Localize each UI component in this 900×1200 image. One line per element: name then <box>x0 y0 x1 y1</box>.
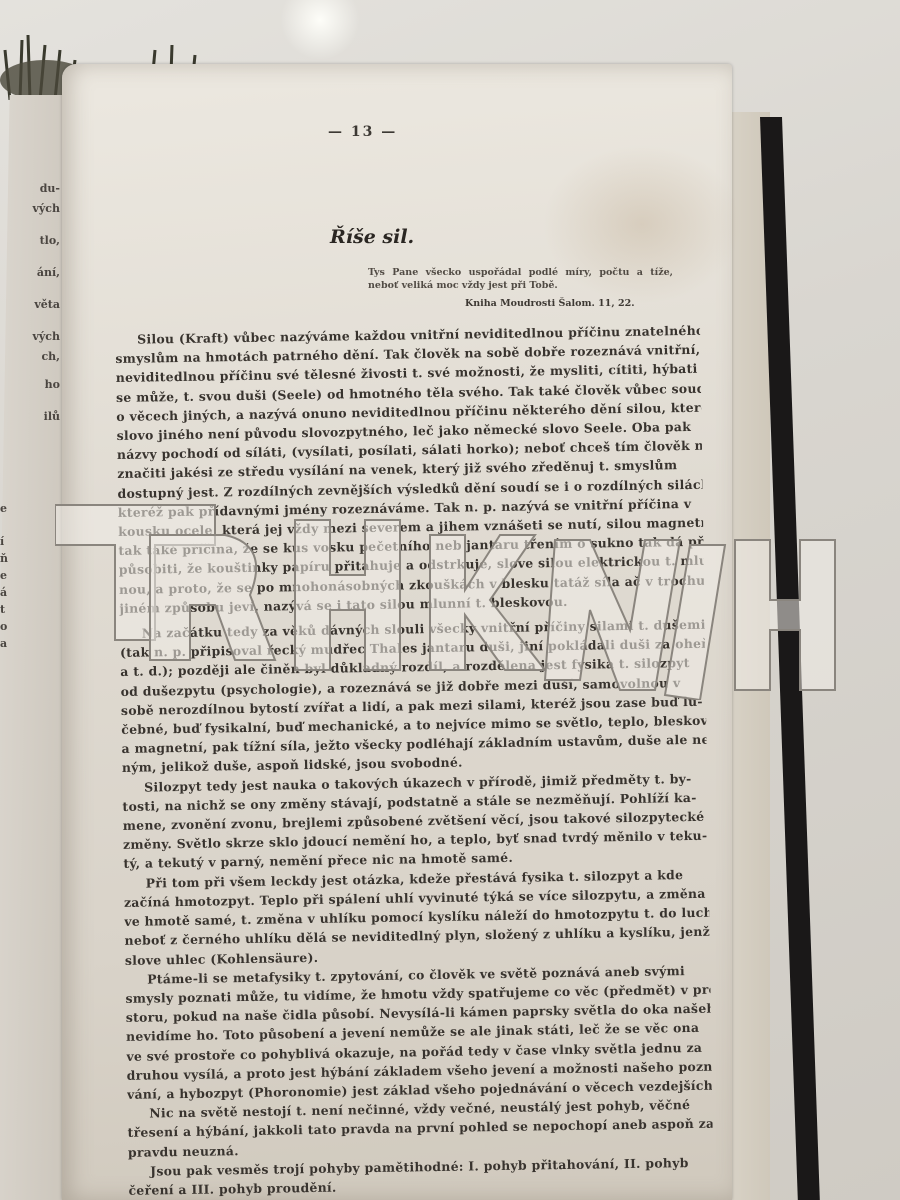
text-fragment: e <box>0 500 12 517</box>
text-fragment: ch, <box>0 348 60 368</box>
light-glare <box>280 0 360 60</box>
text-fragment: t <box>0 601 12 618</box>
text-fragment: vých <box>0 200 60 220</box>
text-fragment: í <box>0 533 12 550</box>
left-page-lower-text: e í ň e á t o a <box>0 500 12 652</box>
page-number: — 13 — <box>328 124 397 140</box>
body-text: Silou (Kraft) vůbec nazýváme každou vnit… <box>115 321 714 1200</box>
text-fragment: vých <box>0 328 60 348</box>
chapter-title: Říše sil. <box>330 226 414 248</box>
text-fragment: tlo, <box>0 232 60 252</box>
text-fragment: á <box>0 584 12 601</box>
text-fragment: du- <box>0 180 60 200</box>
text-fragment: ň <box>0 550 12 567</box>
text-fragment: e <box>0 567 12 584</box>
text-fragment: ání, <box>0 264 60 284</box>
text-fragment: o <box>0 618 12 635</box>
left-page-text: du- vých tlo, ání, věta vých ch, ho ilů <box>0 180 60 428</box>
book-page-edges <box>730 112 770 1200</box>
text-fragment: a <box>0 635 12 652</box>
epigraph-quote: Tys Pane všecko uspořádal podlé míry, po… <box>368 266 673 292</box>
epigraph-source: Kniha Moudrosti Šalom. 11, 22. <box>465 298 635 309</box>
text-fragment: ilů <box>0 408 60 428</box>
text-fragment: věta <box>0 296 60 316</box>
text-fragment: ho <box>0 376 60 396</box>
